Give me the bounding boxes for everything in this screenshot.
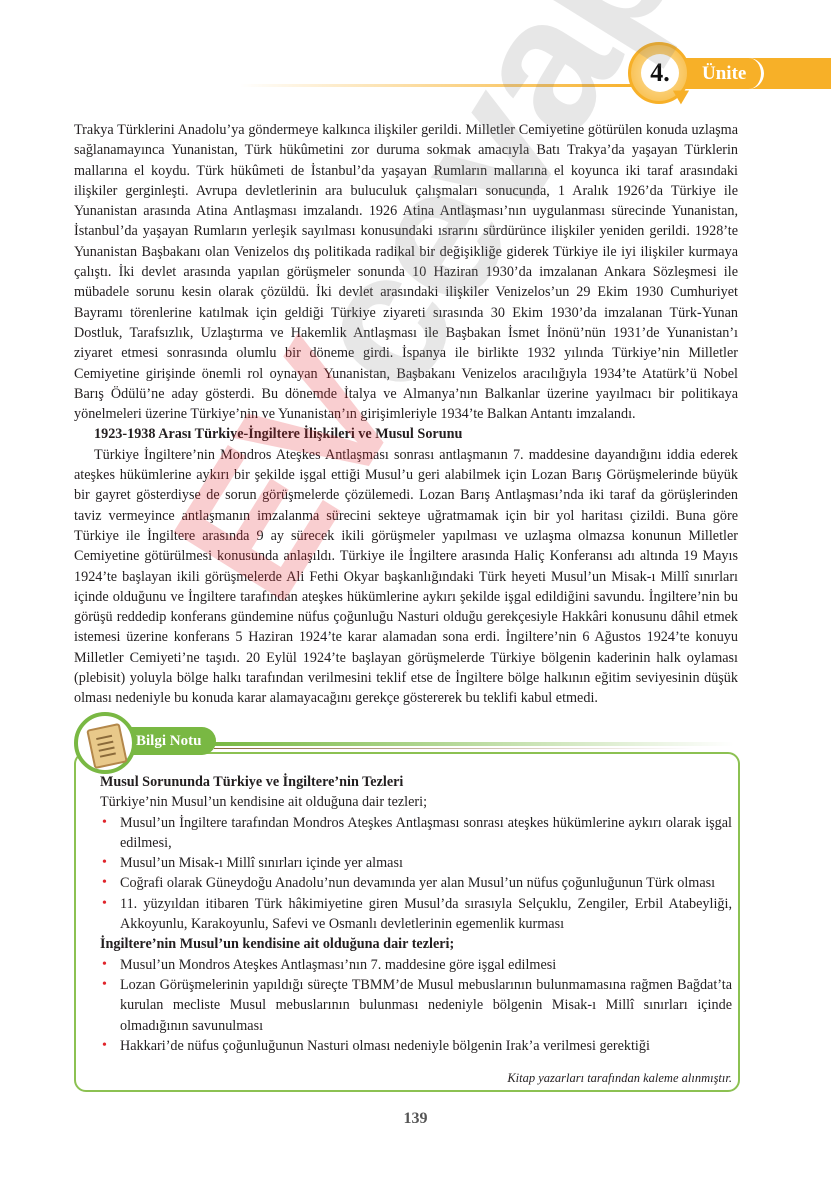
page-number: 139 <box>0 1110 831 1128</box>
info-note-source: Kitap yazarları tarafından kaleme alınmı… <box>100 1069 732 1087</box>
info-note-rule-thin <box>214 748 694 749</box>
paragraph: Türkiye İngiltere’nin Mondros Ateşkes An… <box>74 445 738 709</box>
list-item: •Musul’un Mondros Ateşkes Antlaşması’nın… <box>100 955 732 975</box>
england-points: •Musul’un Mondros Ateşkes Antlaşması’nın… <box>100 955 732 1056</box>
header-rule <box>240 84 640 87</box>
bullet-icon: • <box>102 975 107 995</box>
list-item: •Lozan Görüşmelerinin yapıldığı süreçte … <box>100 975 732 1036</box>
list-item: •Coğrafi olarak Güneydoğu Anadolu’nun de… <box>100 873 732 893</box>
clipboard-icon <box>74 712 136 774</box>
info-note-content: Musul Sorununda Türkiye ve İngiltere’nin… <box>100 772 732 1056</box>
turkey-intro: Türkiye’nin Musul’un kendisine ait olduğ… <box>100 792 732 812</box>
paragraph: Trakya Türklerini Anadolu’ya göndermeye … <box>74 120 738 424</box>
unit-label: Ünite <box>680 58 764 89</box>
bullet-icon: • <box>102 813 107 833</box>
list-item: •Musul’un İngiltere tarafından Mondros A… <box>100 813 732 854</box>
bullet-icon: • <box>102 955 107 975</box>
turkey-points: •Musul’un İngiltere tarafından Mondros A… <box>100 813 732 935</box>
unit-number: 4. <box>641 54 679 92</box>
bullet-icon: • <box>102 853 107 873</box>
info-note-title: Musul Sorununda Türkiye ve İngiltere’nin… <box>100 772 732 792</box>
bullet-icon: • <box>102 873 107 893</box>
list-item: •Musul’un Misak-ı Millî sınırları içinde… <box>100 853 732 873</box>
clipboard-glyph <box>86 723 128 769</box>
list-item: •Hakkari’de nüfus çoğunluğunun Nasturi o… <box>100 1036 732 1056</box>
main-text: Trakya Türklerini Anadolu’ya göndermeye … <box>74 120 738 709</box>
bullet-icon: • <box>102 894 107 914</box>
info-note-rule <box>214 742 734 746</box>
list-item: •11. yüzyıldan itibaren Türk hâkimiyetin… <box>100 894 732 935</box>
bullet-icon: • <box>102 1036 107 1056</box>
england-intro: İngiltere’nin Musul’un kendisine ait old… <box>100 934 732 954</box>
section-heading: 1923-1938 Arası Türkiye-İngiltere İlişki… <box>74 424 738 444</box>
